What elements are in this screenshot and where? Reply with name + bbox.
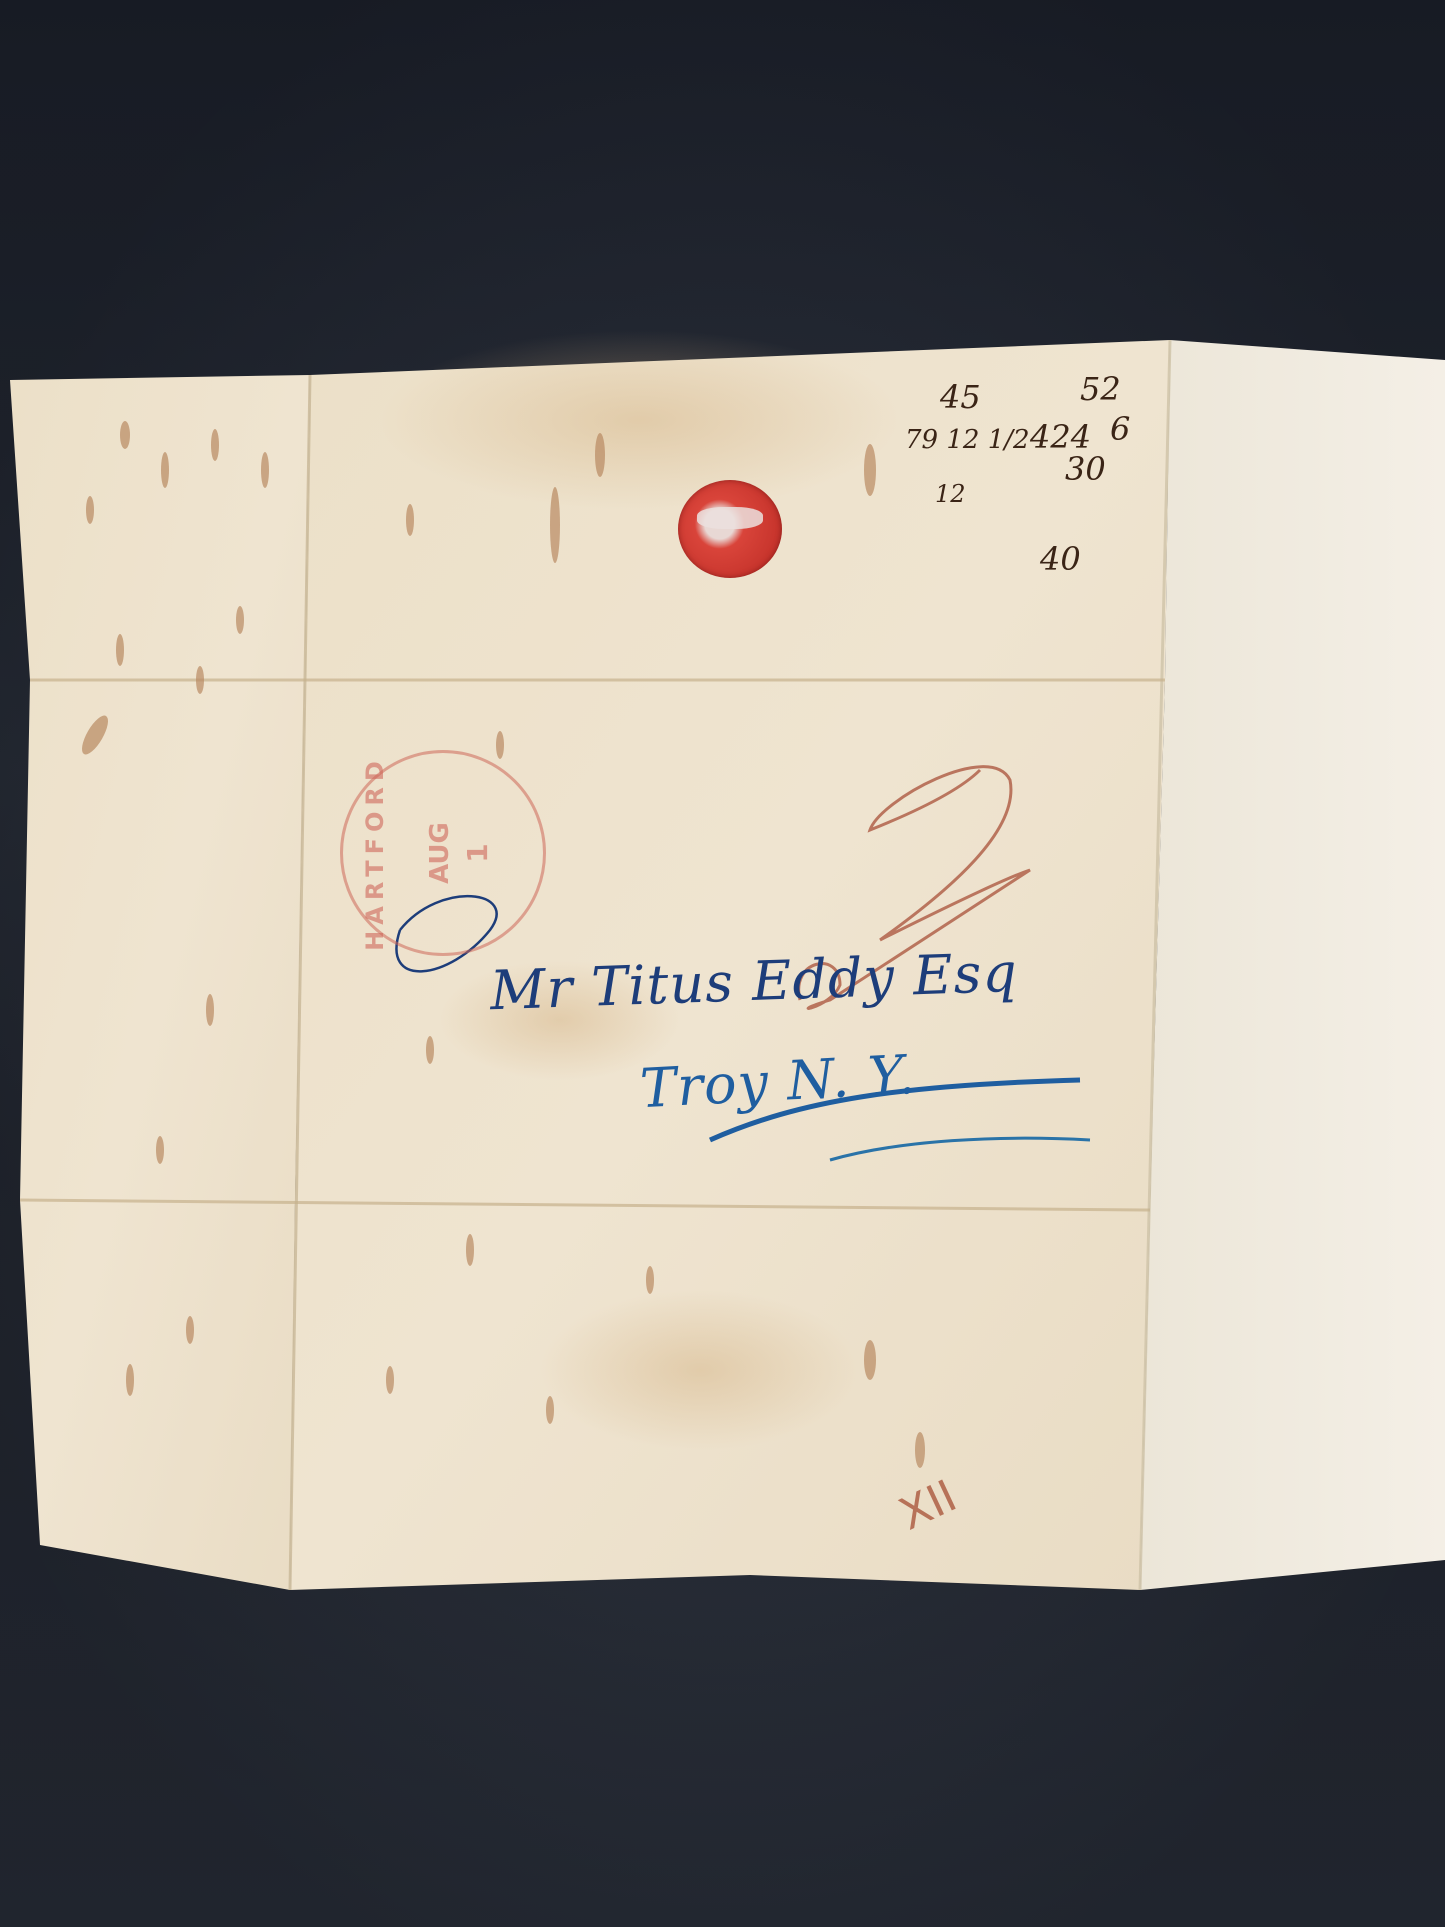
postmark-day: 1 (461, 753, 494, 953)
postmark-month: AUG (425, 753, 455, 953)
pencil-notation-6: 30 (1065, 450, 1106, 488)
pencil-notation-7: 12 (935, 480, 966, 508)
pencil-notation-5: 6 (1110, 410, 1130, 448)
folded-letter: HARTFORD AUG 1 2 Mr Titus Eddy Esq Troy … (0, 0, 1445, 1927)
pencil-notation-8: 40 (1040, 540, 1081, 578)
paper-right-panel (1140, 340, 1445, 1590)
wax-seal (678, 480, 782, 578)
postmark-town: HARTFORD (361, 753, 389, 953)
pencil-notation-1: 45 (940, 378, 981, 416)
pencil-notation-3: 79 12 1/2 (905, 425, 1030, 455)
postmark: HARTFORD AUG 1 (340, 750, 546, 956)
pencil-notation-2: 52 (1080, 370, 1121, 408)
paper-left-panel (10, 375, 310, 1590)
